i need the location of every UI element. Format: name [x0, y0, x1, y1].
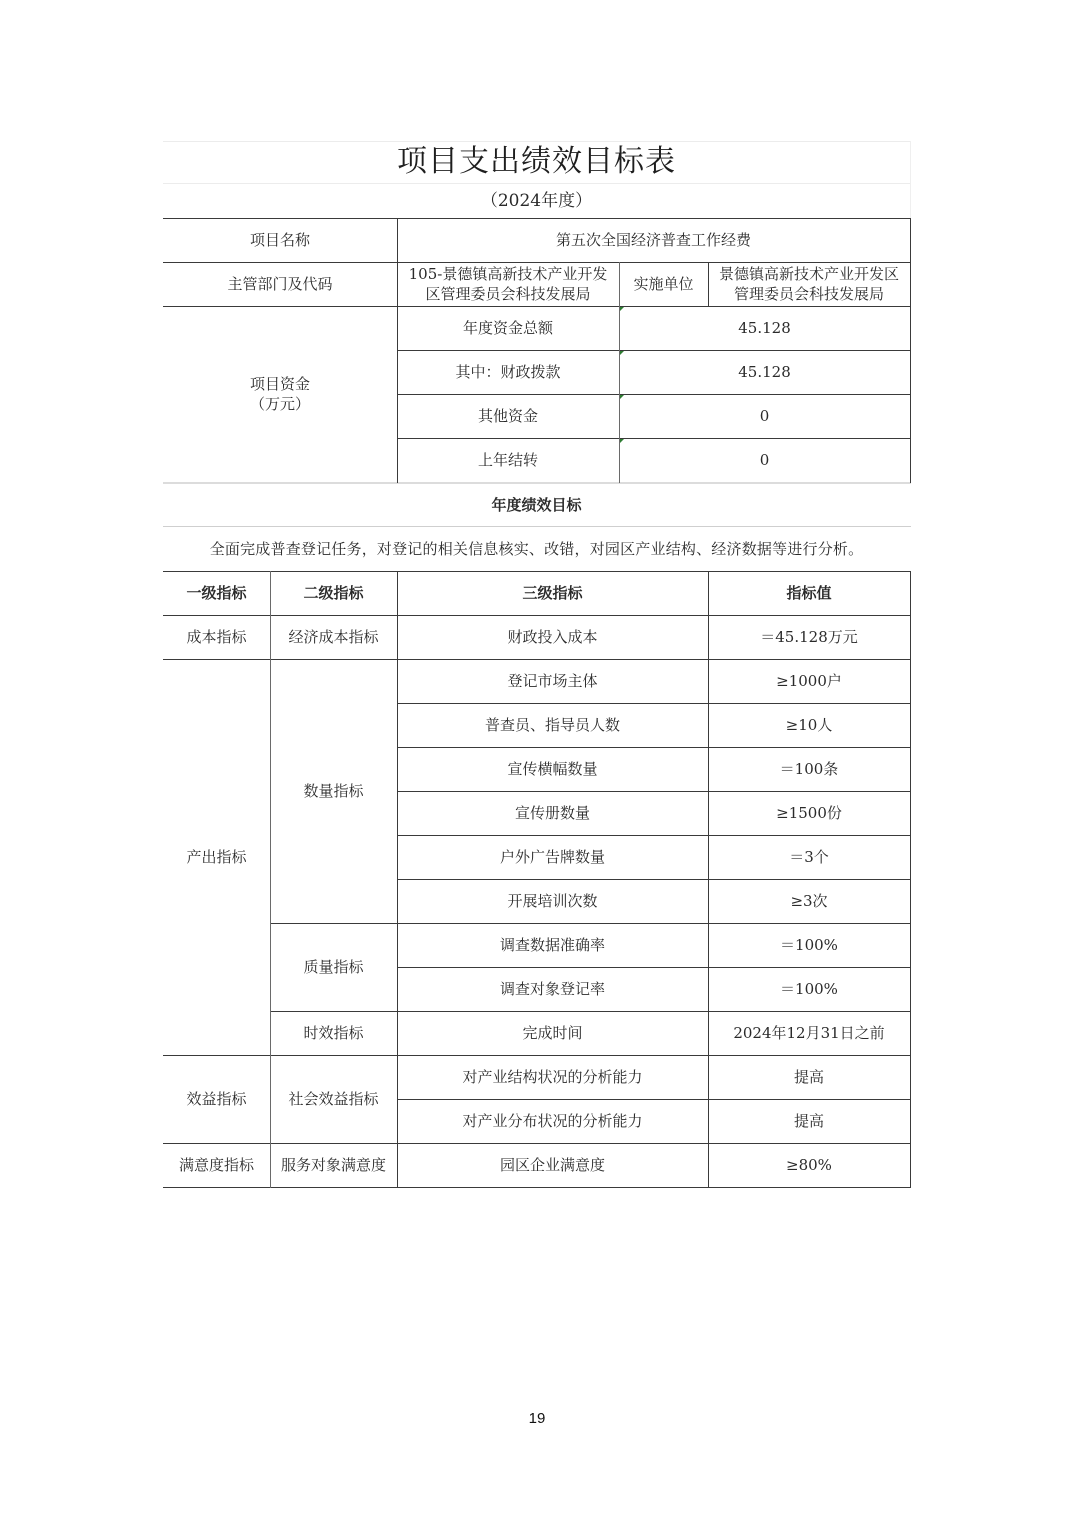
- project-name-label: 项目名称: [163, 218, 397, 262]
- indicator-value: 2024年12月31日之前: [708, 1011, 910, 1055]
- indicator-value: ≥3次: [708, 879, 910, 923]
- header-level1: 一级指标: [163, 571, 270, 615]
- level3-item: 普查员、指导员人数: [397, 703, 708, 747]
- fiscal-year: （2024年度）: [163, 183, 910, 218]
- indicator-value: 提高: [708, 1099, 910, 1143]
- indicator-value: ＝100%: [708, 967, 910, 1011]
- header-value: 指标值: [708, 571, 910, 615]
- level1-satisfaction: 满意度指标: [163, 1143, 270, 1187]
- funding-row-value: 0: [619, 394, 910, 438]
- funding-row-value: 45.128: [619, 306, 910, 350]
- funding-row-value: 0: [619, 438, 910, 482]
- level3-item: 完成时间: [397, 1011, 708, 1055]
- level3-item: 宣传册数量: [397, 791, 708, 835]
- annual-goal-text: 全面完成普查登记任务，对登记的相关信息核实、改错，对园区产业结构、经济数据等进行…: [163, 527, 910, 571]
- level1-cost: 成本指标: [163, 615, 270, 659]
- annual-goal-heading: 年度绩效目标: [163, 483, 910, 527]
- header-level3: 三级指标: [397, 571, 708, 615]
- level3-item: 对产业分布状况的分析能力: [397, 1099, 708, 1143]
- indicator-value: ＝100条: [708, 747, 910, 791]
- impl-value-line1: 景德镇高新技术产业开发区: [719, 264, 899, 284]
- level2-quantity: 数量指标: [270, 659, 397, 923]
- indicator-value: ＝100%: [708, 923, 910, 967]
- level2-social-benefit: 社会效益指标: [270, 1055, 397, 1143]
- funding-label: 项目资金 （万元）: [163, 306, 397, 482]
- level1-output: 产出指标: [163, 659, 270, 1055]
- level2-timeliness: 时效指标: [270, 1011, 397, 1055]
- funding-row-label: 其他资金: [397, 394, 619, 438]
- level3-item: 开展培训次数: [397, 879, 708, 923]
- indicator-value: ＝45.128万元: [708, 615, 910, 659]
- dept-value-line2: 区管理委员会科技发展局: [425, 284, 590, 304]
- vrule-right-lower: [910, 571, 911, 1188]
- page-title: 项目支出绩效目标表: [163, 141, 910, 183]
- level1-benefit: 效益指标: [163, 1055, 270, 1143]
- indicator-value: ≥80%: [708, 1143, 910, 1187]
- level3-item: 财政投入成本: [397, 615, 708, 659]
- rule-table-bottom: [163, 1187, 911, 1188]
- level3-item: 登记市场主体: [397, 659, 708, 703]
- dept-label: 主管部门及代码: [163, 262, 397, 306]
- indicator-value: ≥10人: [708, 703, 910, 747]
- level2-economic-cost: 经济成本指标: [270, 615, 397, 659]
- document-page: 项目支出绩效目标表 （2024年度） 项目名称 第五次全国经济普查工作经费 主管…: [0, 0, 1074, 1520]
- level3-item: 园区企业满意度: [397, 1143, 708, 1187]
- funding-row-label: 上年结转: [397, 438, 619, 482]
- funding-label-line1: 项目资金: [250, 374, 310, 394]
- indicator-value: ≥1000户: [708, 659, 910, 703]
- dept-value-line1: 105-景德镇高新技术产业开发: [409, 264, 608, 284]
- level3-item: 调查对象登记率: [397, 967, 708, 1011]
- indicator-value: 提高: [708, 1055, 910, 1099]
- dept-value: 105-景德镇高新技术产业开发 区管理委员会科技发展局: [397, 262, 619, 306]
- level3-item: 调查数据准确率: [397, 923, 708, 967]
- indicator-value: ≥1500份: [708, 791, 910, 835]
- header-level2: 二级指标: [270, 571, 397, 615]
- level2-quality: 质量指标: [270, 923, 397, 1011]
- level3-item: 对产业结构状况的分析能力: [397, 1055, 708, 1099]
- impl-value-line2: 管理委员会科技发展局: [734, 284, 884, 304]
- funding-row-label: 其中：财政拨款: [397, 350, 619, 394]
- funding-row-value: 45.128: [619, 350, 910, 394]
- level3-item: 宣传横幅数量: [397, 747, 708, 791]
- funding-label-line2: （万元）: [250, 394, 310, 414]
- level3-item: 户外广告牌数量: [397, 835, 708, 879]
- level2-service-satisfaction: 服务对象满意度: [270, 1143, 397, 1187]
- impl-label: 实施单位: [619, 262, 708, 306]
- page-number: 19: [517, 1410, 557, 1427]
- funding-row-label: 年度资金总额: [397, 306, 619, 350]
- project-name-value: 第五次全国经济普查工作经费: [397, 218, 910, 262]
- impl-value: 景德镇高新技术产业开发区 管理委员会科技发展局: [708, 262, 910, 306]
- title-right-rule: [910, 141, 911, 218]
- indicator-value: ＝3个: [708, 835, 910, 879]
- vrule-right: [910, 218, 911, 483]
